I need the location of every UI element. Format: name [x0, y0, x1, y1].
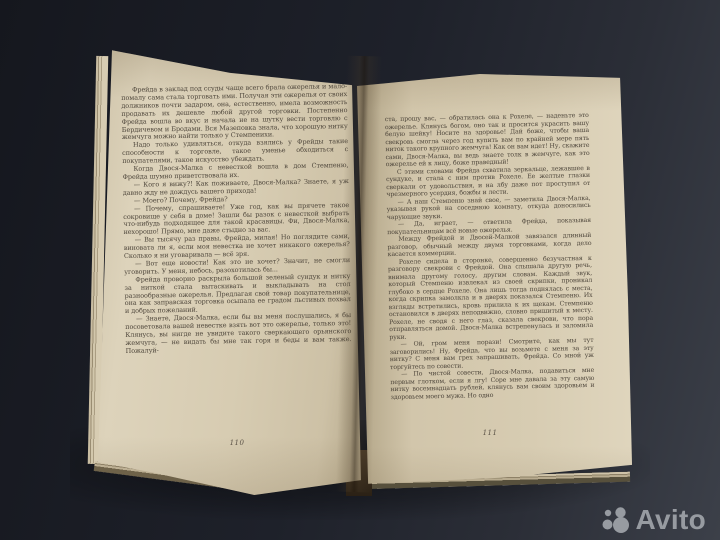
book-page-right: ста, прошу вас, — обратилась она к Рохел…: [355, 68, 640, 498]
paragraph: — По чистой совести, Двося-Малка, подави…: [390, 367, 595, 401]
paragraph: Фрейда в заклад под ссуды чаще всего бра…: [121, 83, 348, 142]
paragraph: Фрейда проворно раскрыла большой зеленый…: [124, 273, 351, 316]
book-page-left: Фрейда в заклад под ссуды чаще всего бра…: [95, 48, 365, 500]
page-text-left: Фрейда в заклад под ссуды чаще всего бра…: [121, 83, 353, 433]
page-text-right: ста, прошу вас, — обратилась она к Рохел…: [385, 112, 595, 428]
paragraph: — Ой, гром меня порази! Смотрите, как мы…: [389, 337, 594, 371]
page-number-left: 110: [124, 439, 350, 447]
open-book: Фрейда в заклад под ссуды чаще всего бра…: [0, 0, 720, 540]
paragraph: — Знаете, Двося-Малка, если бы вы меня п…: [125, 312, 352, 355]
avito-watermark: Avito: [600, 506, 706, 534]
paragraph: Рохеле сидела в сторонке, совершенно без…: [388, 254, 594, 341]
paragraph: С этими словами Фрейда схватила зеркальц…: [386, 164, 591, 198]
avito-logo-icon: [600, 506, 630, 534]
photo-background: Фрейда в заклад под ссуды чаще всего бра…: [0, 0, 720, 540]
paragraph: ста, прошу вас, — обратилась она к Рохел…: [385, 112, 590, 169]
avito-wordmark: Avito: [636, 506, 706, 534]
page-number-right: 111: [388, 429, 592, 437]
